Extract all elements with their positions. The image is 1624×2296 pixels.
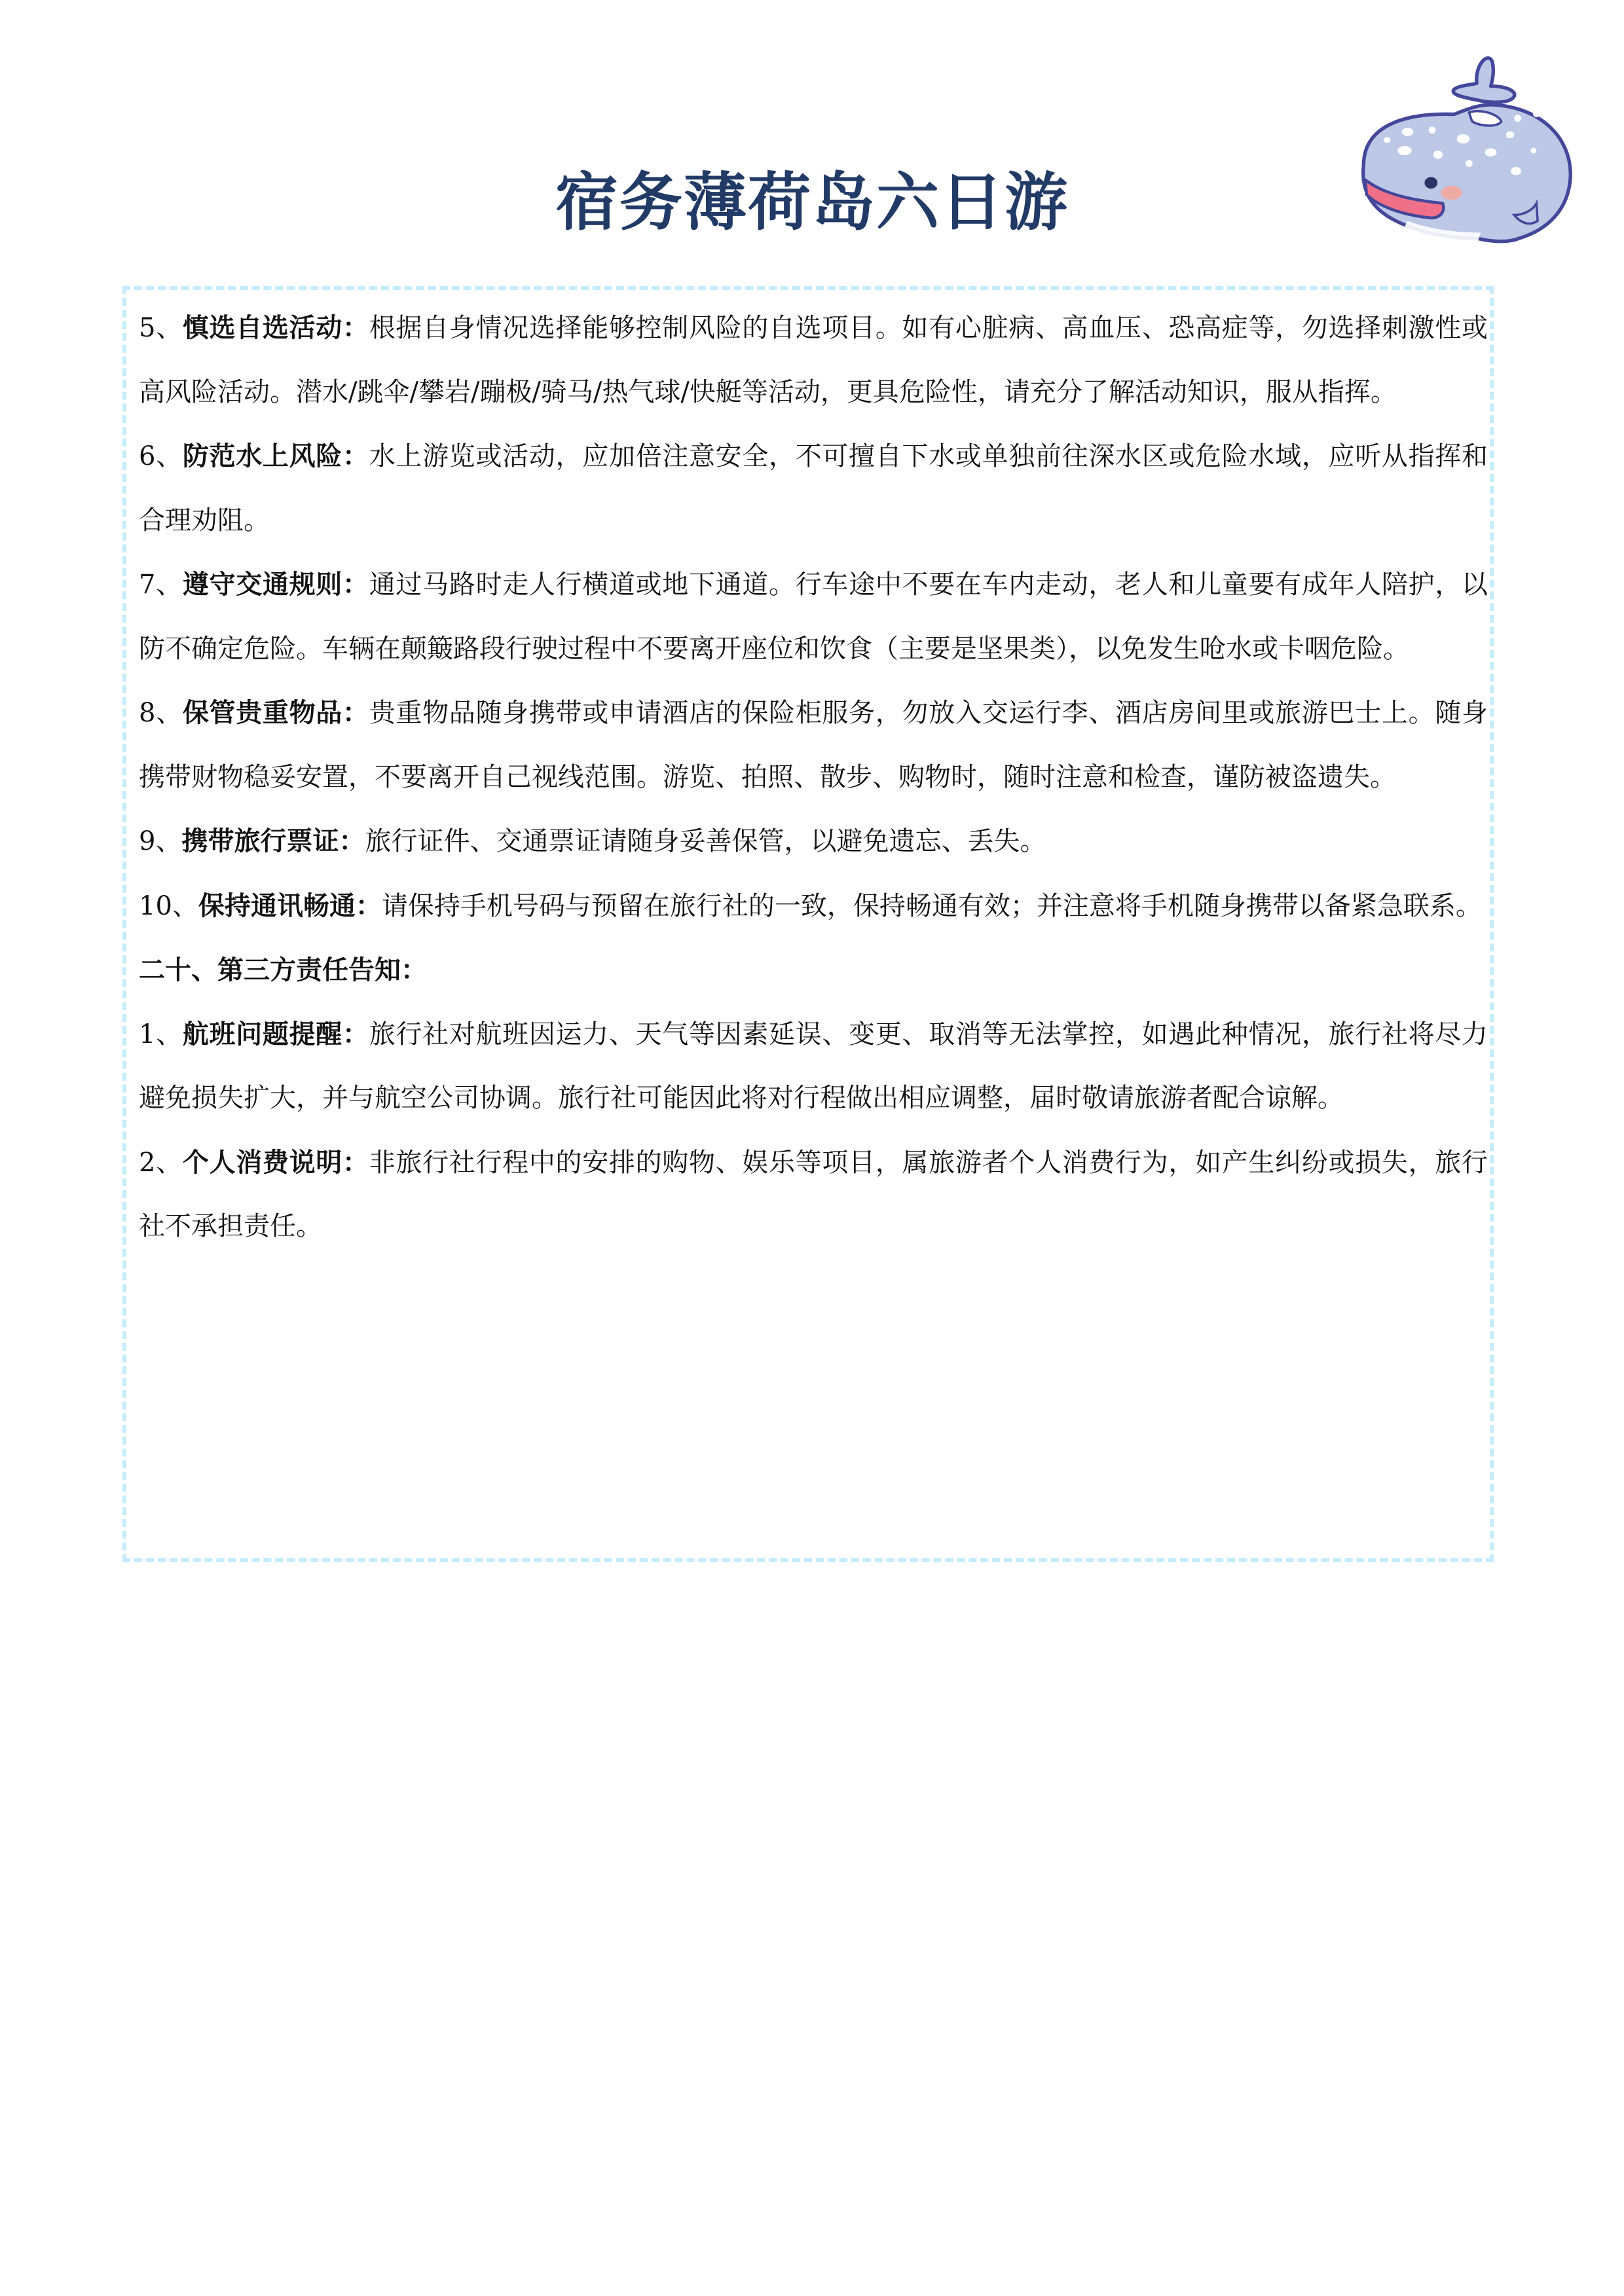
list-item: 5、慎选自选活动：根据自身情况选择能够控制风险的自选项目。如有心脏病、高血压、恐… bbox=[139, 296, 1488, 424]
whale-icon bbox=[1329, 39, 1591, 262]
item-label: 防范水上风险： bbox=[183, 441, 369, 471]
list-item: 8、保管贵重物品：贵重物品随身携带或申请酒店的保险柜服务，勿放入交运行李、酒店房… bbox=[139, 681, 1488, 809]
item-label: 慎选自选活动： bbox=[183, 312, 369, 343]
whale-shark-illustration bbox=[1329, 39, 1591, 262]
item-text: 旅行证件、交通票证请随身妥善保管，以避免遗忘、丢失。 bbox=[365, 826, 1046, 856]
item-text: 请保持手机号码与预留在旅行社的一致，保持畅通有效；并注意将手机随身携带以备紧急联… bbox=[382, 891, 1482, 921]
list-item: 7、遵守交通规则：通过马路时走人行横道或地下通道。行车途中不要在车内走动，老人和… bbox=[139, 553, 1488, 681]
item-label: 保管贵重物品： bbox=[183, 697, 369, 728]
section-heading: 二十、第三方责任告知： bbox=[139, 938, 1488, 1002]
list-item: 9、携带旅行票证：旅行证件、交通票证请随身妥善保管，以避免遗忘、丢失。 bbox=[139, 809, 1488, 874]
item-label: 航班问题提醒： bbox=[183, 1019, 369, 1049]
item-label: 保持通讯畅通： bbox=[198, 890, 382, 921]
list-item: 2、个人消费说明：非旅行社行程中的安排的购物、娱乐等项目，属旅游者个人消费行为，… bbox=[139, 1131, 1488, 1259]
item-label: 个人消费说明： bbox=[183, 1147, 369, 1178]
item-label: 携带旅行票证： bbox=[181, 826, 365, 856]
list-item: 10、保持通讯畅通：请保持手机号码与预留在旅行社的一致，保持畅通有效；并注意将手… bbox=[139, 874, 1488, 939]
list-item: 1、航班问题提醒：旅行社对航班因运力、天气等因素延误、变更、取消等无法掌控，如遇… bbox=[139, 1002, 1488, 1131]
item-label: 遵守交通规则： bbox=[183, 569, 369, 600]
notice-content: 5、慎选自选活动：根据自身情况选择能够控制风险的自选项目。如有心脏病、高血压、恐… bbox=[139, 296, 1488, 1259]
list-item: 6、防范水上风险：水上游览或活动，应加倍注意安全，不可擅自下水或单独前往深水区或… bbox=[139, 424, 1488, 553]
